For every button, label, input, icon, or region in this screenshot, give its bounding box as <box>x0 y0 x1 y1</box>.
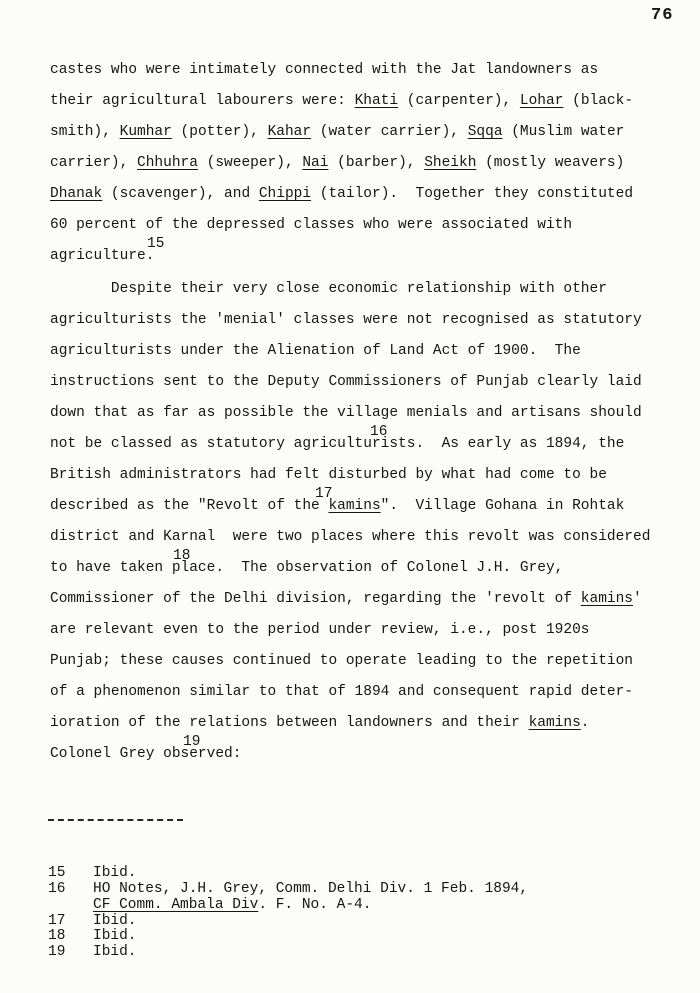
text-line: castes who were intimately connected wit… <box>50 55 695 86</box>
text-segment: Ibid. <box>93 928 137 944</box>
text-segment: to have taken place. The observation of … <box>50 560 563 576</box>
footnote-reference-number: 18 <box>173 541 190 572</box>
text-segment: (potter), <box>172 124 268 140</box>
text-segment: of a phenomenon similar to that of 1894 … <box>50 684 633 700</box>
footnote-number: 15 <box>48 866 93 882</box>
footnote-number: 16 <box>48 882 93 898</box>
text-segment: agriculturists under the Alienation of L… <box>50 343 581 359</box>
document-page: 76 castes who were intimately connected … <box>0 0 700 993</box>
text-line: their agricultural labourers were: Khati… <box>50 86 695 117</box>
text-segment: not be classed as statutory agriculturis… <box>50 436 624 452</box>
footnote-number: 17 <box>48 914 93 930</box>
text-segment: instructions sent to the Deputy Commissi… <box>50 374 642 390</box>
footnote-number: 18 <box>48 929 93 945</box>
text-segment: (tailor). Together they constituted <box>311 186 633 202</box>
text-segment: described as the "Revolt of the <box>50 498 328 514</box>
page-number: 76 <box>651 6 673 25</box>
footnote-reference-number: 19 <box>183 727 200 758</box>
text-line: 15agriculture. <box>50 241 695 272</box>
text-line: Punjab; these causes continued to operat… <box>50 646 695 677</box>
footnote-reference-number: 17 <box>315 479 332 510</box>
text-segment: Ibid. <box>93 944 137 960</box>
text-line: smith), Kumhar (potter), Kahar (water ca… <box>50 117 695 148</box>
underlined-term: Sheikh <box>424 155 476 171</box>
text-segment: ". Village Gohana in Rohtak <box>381 498 625 514</box>
text-segment: (black- <box>563 93 633 109</box>
text-segment: (barber), <box>328 155 424 171</box>
text-segment: (water carrier), <box>311 124 468 140</box>
underlined-term: Kahar <box>268 124 312 140</box>
text-segment: agriculturists the 'menial' classes were… <box>50 312 642 328</box>
underlined-term: Khati <box>355 93 399 109</box>
text-segment: smith), <box>50 124 120 140</box>
underlined-term: kamins <box>529 715 581 731</box>
text-line: of a phenomenon similar to that of 1894 … <box>50 677 695 708</box>
underlined-term: Kumhar <box>120 124 172 140</box>
footnote-separator <box>48 819 183 821</box>
text-segment: . <box>581 715 590 731</box>
text-segment: Punjab; these causes continued to operat… <box>50 653 633 669</box>
text-segment: their agricultural labourers were: <box>50 93 355 109</box>
text-line: Commissioner of the Delhi division, rega… <box>50 584 695 615</box>
text-line: district and Karnal were two places wher… <box>50 522 695 553</box>
text-line: Dhanak (scavenger), and Chippi (tailor).… <box>50 179 695 210</box>
text-segment: 60 percent of the depressed classes who … <box>50 217 572 233</box>
text-segment: ioration of the relations between landow… <box>50 715 529 731</box>
underlined-term: Lohar <box>520 93 564 109</box>
text-line: 19Colonel Grey observed: <box>50 739 695 770</box>
underlined-term: Dhanak <box>50 186 102 202</box>
footnote-entry: 16HO Notes, J.H. Grey, Comm. Delhi Div. … <box>48 882 528 898</box>
footnote-number: 19 <box>48 945 93 961</box>
underlined-term: Chippi <box>259 186 311 202</box>
text-line: 18to have taken place. The observation o… <box>50 553 695 584</box>
text-segment: (sweeper), <box>198 155 302 171</box>
text-line: are relevant even to the period under re… <box>50 615 695 646</box>
text-segment: ' <box>633 591 642 607</box>
underlined-term: kamins <box>581 591 633 607</box>
footnotes-section: 15Ibid.16HO Notes, J.H. Grey, Comm. Delh… <box>48 787 528 993</box>
underlined-term: kamins <box>328 498 380 514</box>
text-line: British administrators had felt disturbe… <box>50 460 695 491</box>
text-line: instructions sent to the Deputy Commissi… <box>50 367 695 398</box>
text-segment: (scavenger), and <box>102 186 259 202</box>
text-segment: Commissioner of the Delhi division, rega… <box>50 591 581 607</box>
underlined-term: Chhuhra <box>137 155 198 171</box>
paragraph-1: castes who were intimately connected wit… <box>50 55 695 272</box>
footnote-reference-number: 15 <box>147 229 164 260</box>
text-segment: (mostly weavers) <box>476 155 624 171</box>
text-segment: . F. No. A-4. <box>258 897 371 913</box>
text-segment: agriculture. <box>50 248 154 264</box>
footnote-entry: 19Ibid. <box>48 945 528 961</box>
underlined-term: Sqqa <box>468 124 503 140</box>
text-line: agriculturists under the Alienation of L… <box>50 336 695 367</box>
footnote-list: 15Ibid.16HO Notes, J.H. Grey, Comm. Delh… <box>48 866 528 961</box>
paragraph-2: Despite their very close economic relati… <box>50 274 695 770</box>
text-segment: down that as far as possible the village… <box>50 405 642 421</box>
text-line: 16not be classed as statutory agricultur… <box>50 429 695 460</box>
footnote-entry: CF Comm. Ambala Div. F. No. A-4. <box>48 898 528 914</box>
text-line: 17described as the "Revolt of the kamins… <box>50 491 695 522</box>
footnote-entry: 15Ibid. <box>48 866 528 882</box>
text-segment: (carpenter), <box>398 93 520 109</box>
text-line: carrier), Chhuhra (sweeper), Nai (barber… <box>50 148 695 179</box>
footnote-entry: 18Ibid. <box>48 929 528 945</box>
body-text: castes who were intimately connected wit… <box>50 55 695 770</box>
text-line: ioration of the relations between landow… <box>50 708 695 739</box>
text-segment: Ibid. <box>93 865 137 881</box>
text-segment: are relevant even to the period under re… <box>50 622 590 638</box>
text-line: agriculturists the 'menial' classes were… <box>50 305 695 336</box>
text-segment: carrier), <box>50 155 137 171</box>
underlined-term: CF Comm. Ambala Div <box>93 897 258 913</box>
text-segment: Despite their very close economic relati… <box>50 281 607 297</box>
text-segment: HO Notes, J.H. Grey, Comm. Delhi Div. 1 … <box>93 881 528 897</box>
text-segment: district and Karnal were two places wher… <box>50 529 650 545</box>
footnote-entry: 17Ibid. <box>48 914 528 930</box>
text-segment: castes who were intimately connected wit… <box>50 62 598 78</box>
text-segment: Colonel Grey observed: <box>50 746 241 762</box>
text-segment: (Muslim water <box>503 124 625 140</box>
underlined-term: Nai <box>302 155 328 171</box>
footnote-reference-number: 16 <box>370 417 387 448</box>
text-segment: Ibid. <box>93 913 137 929</box>
text-line: Despite their very close economic relati… <box>50 274 695 305</box>
